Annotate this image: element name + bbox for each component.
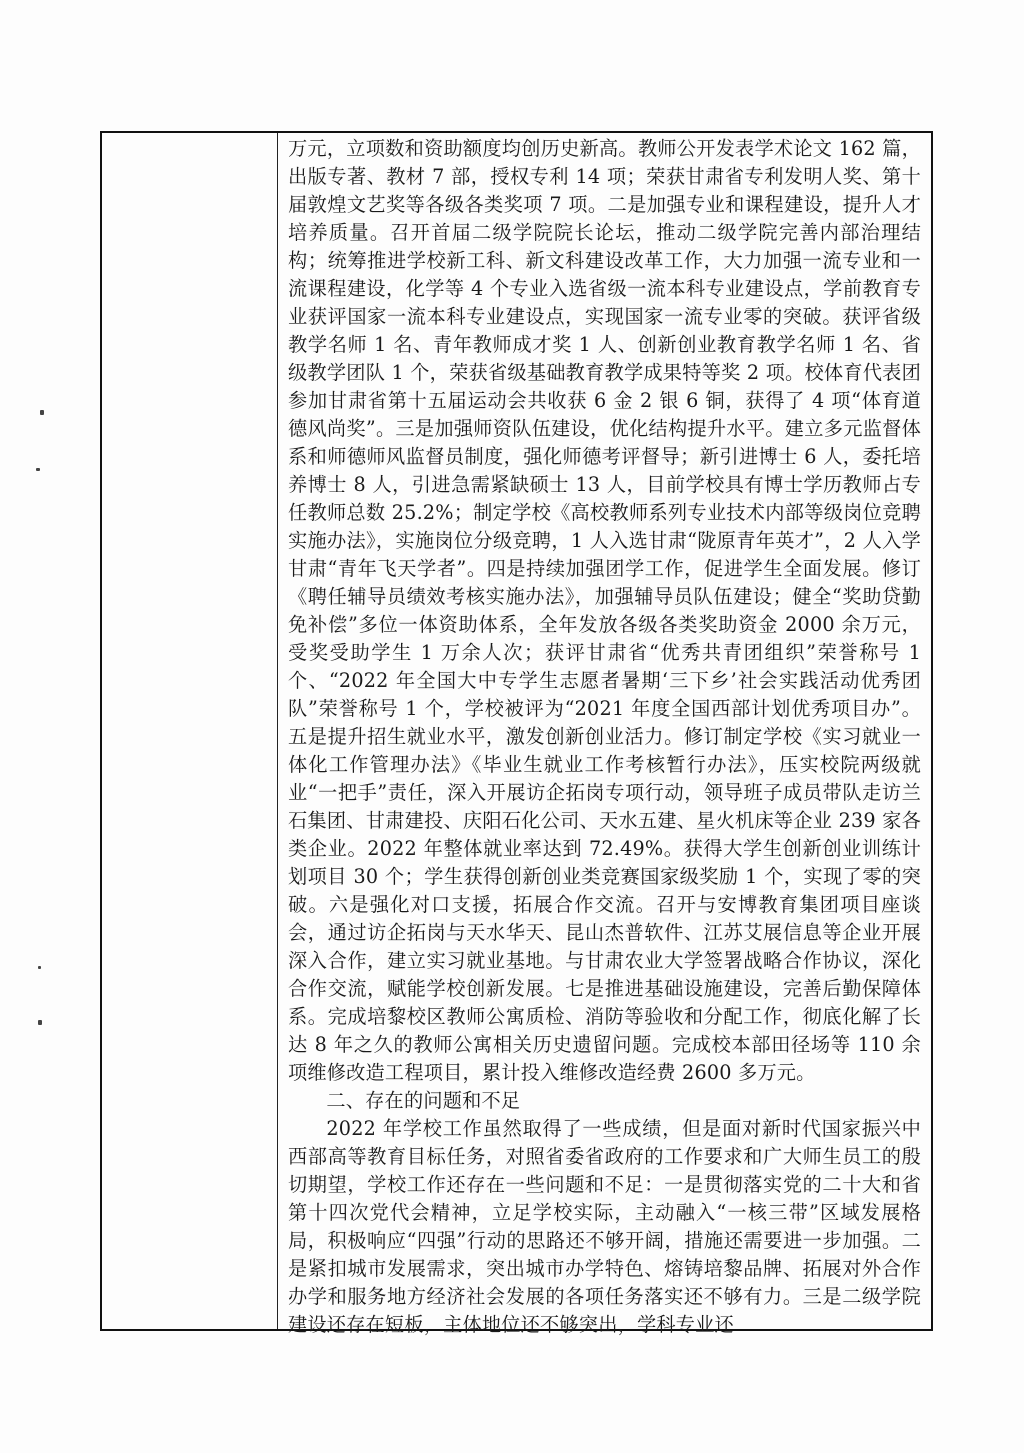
scan-artifact-dot bbox=[36, 468, 40, 471]
scan-artifact-dot bbox=[38, 966, 41, 969]
table-label-cell bbox=[102, 133, 278, 1329]
paragraph-problems: 2022 年学校工作虽然取得了一些成绩，但是面对新时代国家振兴中西部高等教育目标… bbox=[288, 1115, 921, 1339]
document-page: 万元，立项数和资助额度均创历史新高。教师公开发表学术论文 162 篇，出版专著、… bbox=[0, 0, 1024, 1453]
report-table: 万元，立项数和资助额度均创历史新高。教师公开发表学术论文 162 篇，出版专著、… bbox=[100, 131, 933, 1331]
section-heading-problems: 二、存在的问题和不足 bbox=[288, 1087, 921, 1115]
table-content-cell: 万元，立项数和资助额度均创历史新高。教师公开发表学术论文 162 篇，出版专著、… bbox=[278, 133, 931, 1329]
scan-artifact-dot bbox=[40, 410, 44, 415]
scan-artifact-dot bbox=[38, 1020, 42, 1025]
paragraph-achievements-continued: 万元，立项数和资助额度均创历史新高。教师公开发表学术论文 162 篇，出版专著、… bbox=[288, 135, 921, 1087]
